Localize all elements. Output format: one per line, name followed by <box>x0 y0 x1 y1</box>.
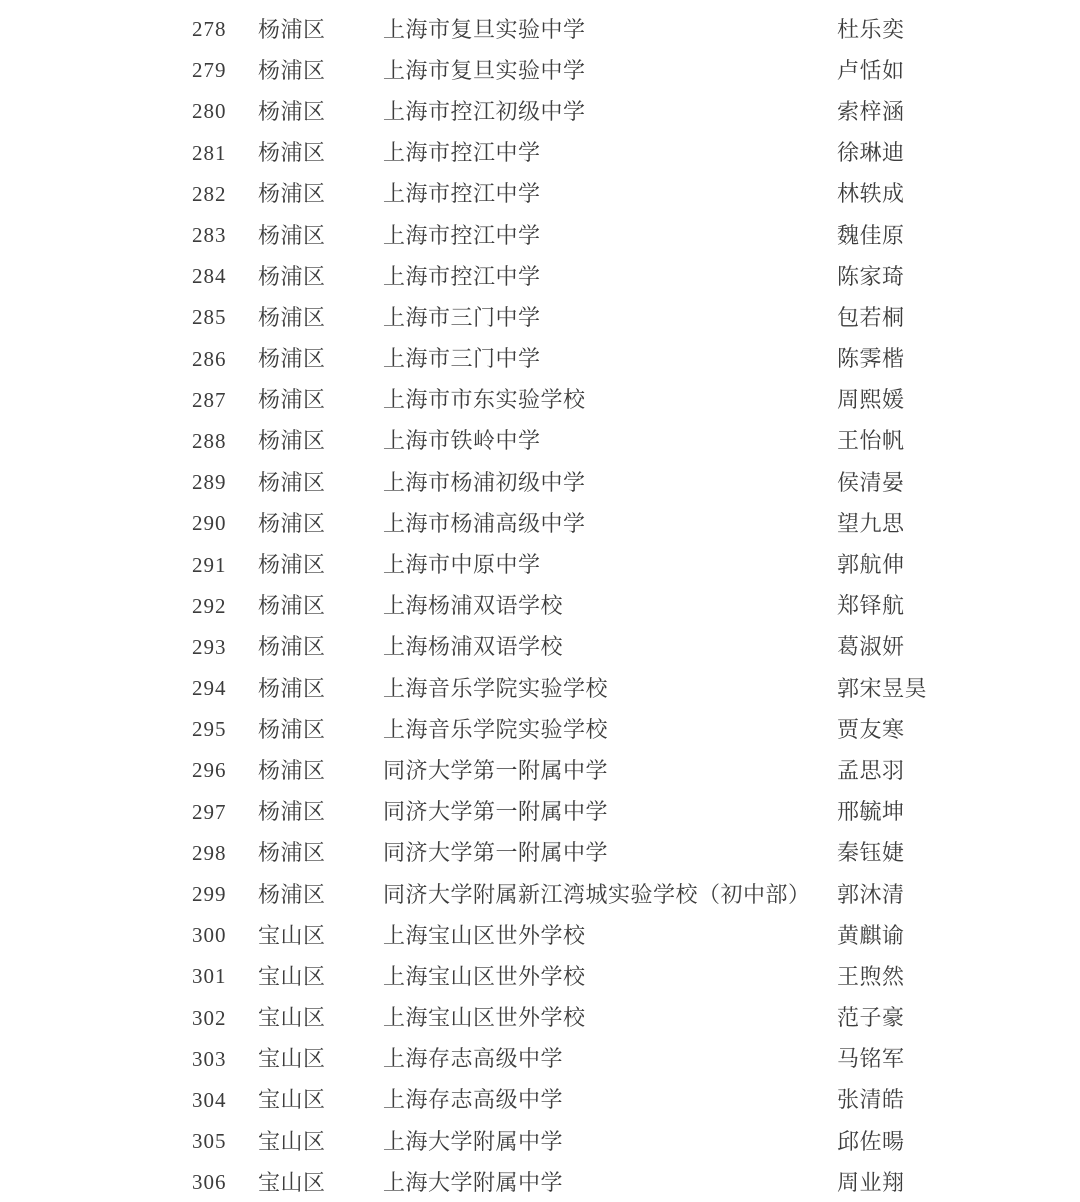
row-district: 杨浦区 <box>258 760 383 782</box>
row-district: 杨浦区 <box>258 884 383 906</box>
row-student-name: 侯清晏 <box>837 472 1080 494</box>
table-row: 298 杨浦区 同济大学第一附属中学 秦钰婕 <box>0 833 1080 874</box>
row-school: 上海市三门中学 <box>383 348 837 370</box>
row-school: 上海存志高级中学 <box>383 1048 837 1070</box>
row-number: 302 <box>192 1008 258 1029</box>
row-school: 上海市杨浦高级中学 <box>383 513 837 535</box>
row-school: 上海市控江中学 <box>383 266 837 288</box>
row-student-name: 范子豪 <box>837 1007 1080 1029</box>
row-district: 杨浦区 <box>258 719 383 741</box>
row-student-name: 索梓涵 <box>837 101 1080 123</box>
row-student-name: 陈家琦 <box>837 266 1080 288</box>
row-student-name: 王怡帆 <box>837 430 1080 452</box>
row-school: 上海大学附属中学 <box>383 1131 837 1153</box>
table-row: 280 杨浦区 上海市控江初级中学 索梓涵 <box>0 91 1080 132</box>
row-district: 宝山区 <box>258 1048 383 1070</box>
row-student-name: 秦钰婕 <box>837 842 1080 864</box>
row-school: 同济大学第一附属中学 <box>383 842 837 864</box>
row-student-name: 徐琳迪 <box>837 142 1080 164</box>
row-number: 293 <box>192 637 258 658</box>
row-number: 286 <box>192 349 258 370</box>
row-student-name: 周业翔 <box>837 1172 1080 1194</box>
row-school: 上海市杨浦初级中学 <box>383 472 837 494</box>
table-row: 290 杨浦区 上海市杨浦高级中学 望九思 <box>0 503 1080 544</box>
row-student-name: 魏佳原 <box>837 225 1080 247</box>
row-district: 杨浦区 <box>258 678 383 700</box>
row-school: 同济大学附属新江湾城实验学校（初中部） <box>383 884 837 906</box>
table-row: 283 杨浦区 上海市控江中学 魏佳原 <box>0 215 1080 256</box>
table-row: 282 杨浦区 上海市控江中学 林轶成 <box>0 174 1080 215</box>
row-district: 杨浦区 <box>258 225 383 247</box>
table-row: 294 杨浦区 上海音乐学院实验学校 郭宋昱昊 <box>0 668 1080 709</box>
row-district: 杨浦区 <box>258 842 383 864</box>
row-number: 284 <box>192 266 258 287</box>
row-school: 上海宝山区世外学校 <box>383 1007 837 1029</box>
row-district: 杨浦区 <box>258 513 383 535</box>
row-school: 上海杨浦双语学校 <box>383 636 837 658</box>
table-row: 292 杨浦区 上海杨浦双语学校 郑铎航 <box>0 586 1080 627</box>
row-number: 301 <box>192 966 258 987</box>
row-district: 杨浦区 <box>258 19 383 41</box>
row-district: 杨浦区 <box>258 60 383 82</box>
row-school: 上海市市东实验学校 <box>383 389 837 411</box>
row-district: 宝山区 <box>258 966 383 988</box>
table-row: 281 杨浦区 上海市控江中学 徐琳迪 <box>0 133 1080 174</box>
row-number: 291 <box>192 555 258 576</box>
row-school: 上海市铁岭中学 <box>383 430 837 452</box>
row-school: 同济大学第一附属中学 <box>383 801 837 823</box>
row-school: 上海市复旦实验中学 <box>383 19 837 41</box>
row-number: 297 <box>192 802 258 823</box>
table-row: 297 杨浦区 同济大学第一附属中学 邢毓坤 <box>0 792 1080 833</box>
row-district: 杨浦区 <box>258 430 383 452</box>
row-number: 280 <box>192 101 258 122</box>
table-row: 306 宝山区 上海大学附属中学 周业翔 <box>0 1162 1080 1202</box>
row-number: 295 <box>192 719 258 740</box>
row-school: 同济大学第一附属中学 <box>383 760 837 782</box>
row-school: 上海市控江中学 <box>383 183 837 205</box>
row-student-name: 葛淑妍 <box>837 636 1080 658</box>
row-student-name: 郭宋昱昊 <box>837 678 1080 700</box>
table-row: 287 杨浦区 上海市市东实验学校 周熙媛 <box>0 380 1080 421</box>
row-school: 上海市复旦实验中学 <box>383 60 837 82</box>
table-row: 285 杨浦区 上海市三门中学 包若桐 <box>0 297 1080 338</box>
row-number: 287 <box>192 390 258 411</box>
row-school: 上海宝山区世外学校 <box>383 925 837 947</box>
table-row: 278 杨浦区 上海市复旦实验中学 杜乐奕 <box>0 9 1080 50</box>
roster-table: 278 杨浦区 上海市复旦实验中学 杜乐奕 279 杨浦区 上海市复旦实验中学 … <box>0 0 1080 1202</box>
row-student-name: 郭航伸 <box>837 554 1080 576</box>
row-school: 上海市控江中学 <box>383 142 837 164</box>
row-number: 290 <box>192 513 258 534</box>
row-school: 上海市控江中学 <box>383 225 837 247</box>
table-row: 301 宝山区 上海宝山区世外学校 王煦然 <box>0 956 1080 997</box>
row-district: 宝山区 <box>258 925 383 947</box>
row-district: 宝山区 <box>258 1172 383 1194</box>
row-district: 杨浦区 <box>258 142 383 164</box>
table-row: 299 杨浦区 同济大学附属新江湾城实验学校（初中部） 郭沐清 <box>0 874 1080 915</box>
table-row: 300 宝山区 上海宝山区世外学校 黄麒谕 <box>0 915 1080 956</box>
row-school: 上海音乐学院实验学校 <box>383 719 837 741</box>
row-district: 杨浦区 <box>258 636 383 658</box>
row-school: 上海市控江初级中学 <box>383 101 837 123</box>
row-student-name: 孟思羽 <box>837 760 1080 782</box>
row-student-name: 王煦然 <box>837 966 1080 988</box>
row-student-name: 卢恬如 <box>837 60 1080 82</box>
row-district: 杨浦区 <box>258 266 383 288</box>
table-row: 296 杨浦区 同济大学第一附属中学 孟思羽 <box>0 750 1080 791</box>
table-row: 279 杨浦区 上海市复旦实验中学 卢恬如 <box>0 50 1080 91</box>
row-number: 278 <box>192 19 258 40</box>
row-number: 289 <box>192 472 258 493</box>
row-school: 上海大学附属中学 <box>383 1172 837 1194</box>
row-district: 杨浦区 <box>258 348 383 370</box>
row-number: 279 <box>192 60 258 81</box>
row-number: 285 <box>192 307 258 328</box>
row-number: 303 <box>192 1049 258 1070</box>
row-number: 305 <box>192 1131 258 1152</box>
row-school: 上海杨浦双语学校 <box>383 595 837 617</box>
table-row: 284 杨浦区 上海市控江中学 陈家琦 <box>0 256 1080 297</box>
row-district: 杨浦区 <box>258 472 383 494</box>
table-row: 288 杨浦区 上海市铁岭中学 王怡帆 <box>0 421 1080 462</box>
row-district: 杨浦区 <box>258 307 383 329</box>
row-student-name: 马铭军 <box>837 1048 1080 1070</box>
row-number: 300 <box>192 925 258 946</box>
table-row: 289 杨浦区 上海市杨浦初级中学 侯清晏 <box>0 462 1080 503</box>
row-student-name: 黄麒谕 <box>837 925 1080 947</box>
row-student-name: 郑铎航 <box>837 595 1080 617</box>
table-row: 305 宝山区 上海大学附属中学 邱佐暘 <box>0 1121 1080 1162</box>
row-student-name: 郭沐清 <box>837 884 1080 906</box>
row-school: 上海宝山区世外学校 <box>383 966 837 988</box>
row-student-name: 杜乐奕 <box>837 19 1080 41</box>
row-district: 宝山区 <box>258 1089 383 1111</box>
row-number: 292 <box>192 596 258 617</box>
row-student-name: 陈霁楷 <box>837 348 1080 370</box>
row-district: 宝山区 <box>258 1007 383 1029</box>
table-row: 286 杨浦区 上海市三门中学 陈霁楷 <box>0 339 1080 380</box>
row-number: 288 <box>192 431 258 452</box>
row-number: 296 <box>192 760 258 781</box>
row-school: 上海市三门中学 <box>383 307 837 329</box>
row-student-name: 周熙媛 <box>837 389 1080 411</box>
table-row: 303 宝山区 上海存志高级中学 马铭军 <box>0 1039 1080 1080</box>
row-number: 306 <box>192 1172 258 1193</box>
row-district: 杨浦区 <box>258 595 383 617</box>
row-student-name: 贾友寒 <box>837 719 1080 741</box>
row-district: 杨浦区 <box>258 554 383 576</box>
row-student-name: 林轶成 <box>837 183 1080 205</box>
row-student-name: 望九思 <box>837 513 1080 535</box>
row-student-name: 邢毓坤 <box>837 801 1080 823</box>
table-row: 302 宝山区 上海宝山区世外学校 范子豪 <box>0 998 1080 1039</box>
row-student-name: 张清皓 <box>837 1089 1080 1111</box>
row-number: 294 <box>192 678 258 699</box>
row-number: 281 <box>192 143 258 164</box>
table-row: 293 杨浦区 上海杨浦双语学校 葛淑妍 <box>0 627 1080 668</box>
row-number: 298 <box>192 843 258 864</box>
row-number: 304 <box>192 1090 258 1111</box>
row-district: 宝山区 <box>258 1131 383 1153</box>
document-page: 278 杨浦区 上海市复旦实验中学 杜乐奕 279 杨浦区 上海市复旦实验中学 … <box>0 0 1080 1202</box>
row-student-name: 邱佐暘 <box>837 1131 1080 1153</box>
row-district: 杨浦区 <box>258 183 383 205</box>
row-school: 上海市中原中学 <box>383 554 837 576</box>
table-row: 295 杨浦区 上海音乐学院实验学校 贾友寒 <box>0 709 1080 750</box>
row-district: 杨浦区 <box>258 801 383 823</box>
row-school: 上海音乐学院实验学校 <box>383 678 837 700</box>
row-district: 杨浦区 <box>258 101 383 123</box>
row-student-name: 包若桐 <box>837 307 1080 329</box>
row-number: 282 <box>192 184 258 205</box>
row-school: 上海存志高级中学 <box>383 1089 837 1111</box>
row-number: 283 <box>192 225 258 246</box>
table-row: 304 宝山区 上海存志高级中学 张清皓 <box>0 1080 1080 1121</box>
row-number: 299 <box>192 884 258 905</box>
row-district: 杨浦区 <box>258 389 383 411</box>
table-row: 291 杨浦区 上海市中原中学 郭航伸 <box>0 544 1080 585</box>
